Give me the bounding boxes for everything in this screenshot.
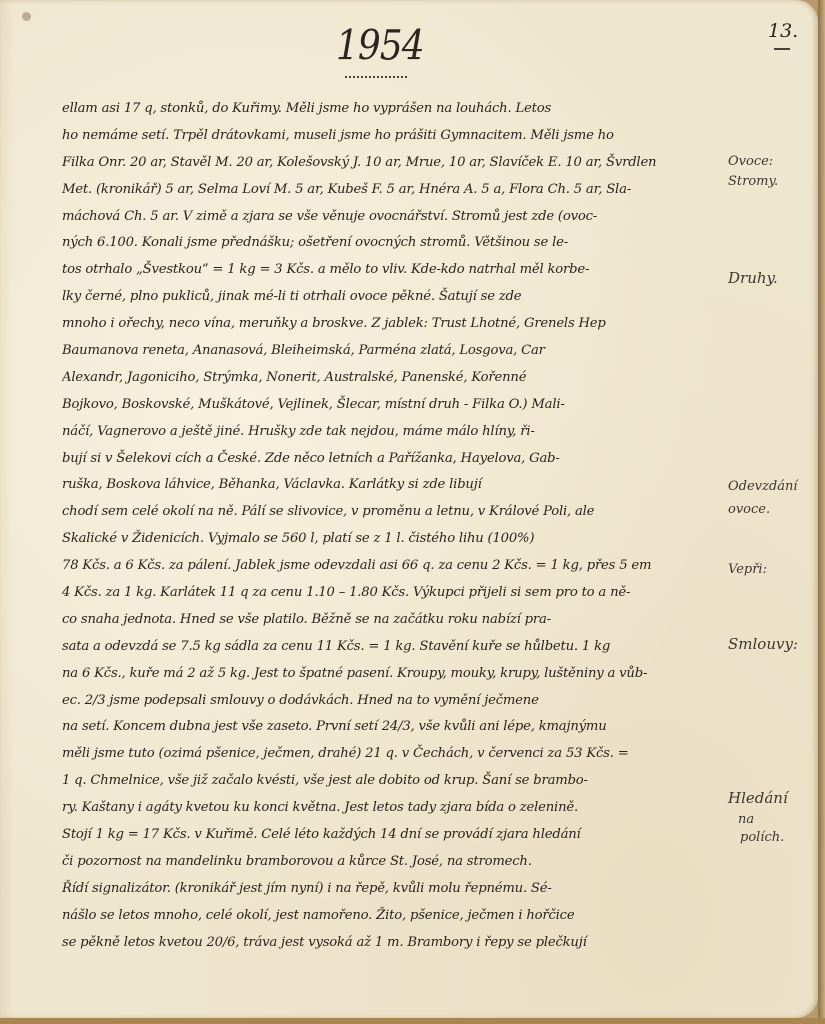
handwritten-body: ellam asi 17 q, stonků, do Kuřimy. Měli … (62, 96, 722, 957)
margin-note-polich: polích. (740, 828, 784, 848)
page-number: 13. (768, 20, 798, 42)
text-line: 1 q. Chmelnice, vše již začalo kvésti, v… (62, 768, 722, 795)
text-line: se pěkně letos kvetou 20/6, tráva jest v… (62, 930, 722, 957)
text-line: bují si v Šelekovi cích a České. Zde něc… (62, 446, 722, 473)
margin-note-odevzdani: Odevzdání (728, 477, 797, 497)
text-line: na 6 Kčs., kuře má 2 až 5 kg. Jest to šp… (62, 661, 722, 688)
book-edge (818, 0, 825, 1024)
text-line: chodí sem celé okolí na ně. Pálí se sliv… (62, 499, 722, 526)
page-number-underline (774, 46, 790, 50)
margin-note-stromy: Stromy. (728, 172, 778, 192)
text-line: Met. (kronikář) 5 ar, Selma Loví M. 5 ar… (62, 177, 722, 204)
text-line: sata a odevzdá se 7.5 kg sádla za cenu 1… (62, 634, 722, 661)
text-line: Stojí 1 kg = 17 Kčs. v Kuřimě. Celé léto… (62, 822, 722, 849)
text-line: či pozornost na mandelinku bramborovou a… (62, 849, 722, 876)
text-line: nášlo se letos mnoho, celé okolí, jest n… (62, 903, 722, 930)
text-line: ruška, Boskova láhvice, Běhanka, Václavk… (62, 472, 722, 499)
text-line: Řídí signalizátor. (kronikář jest jím ny… (62, 876, 722, 903)
margin-note-ovoce: Ovoce: (728, 152, 773, 172)
margin-note-hledani: Hledání (728, 788, 788, 808)
text-line: co snaha jednota. Hned se vše platilo. B… (62, 607, 722, 634)
margin-note-na: na (738, 810, 754, 830)
text-line: ellam asi 17 q, stonků, do Kuřimy. Měli … (62, 96, 722, 123)
text-line: tos otrhalo „Švestkou“ = 1 kg = 3 Kčs. a… (62, 257, 722, 284)
year-heading: 1954 (336, 23, 424, 70)
text-line: ných 6.100. Konali jsme přednášku; ošetř… (62, 230, 722, 257)
text-line: mnoho i ořechy, neco vína, meruňky a bro… (62, 311, 722, 338)
text-line: Skalické v Židenicích. Vyjmalo se 560 l,… (62, 526, 722, 553)
text-line: na setí. Koncem dubna jest vše zaseto. P… (62, 714, 722, 741)
text-line: měli jsme tuto (ozimá pšenice, ječmen, d… (62, 741, 722, 768)
text-line: 78 Kčs. a 6 Kčs. za pálení. Jablek jsme … (62, 553, 722, 580)
ink-spot (22, 12, 31, 21)
margin-note-druhy: Druhy. (728, 268, 778, 288)
margin-note-vepri: Vepři: (728, 560, 767, 580)
text-line: Filka Onr. 20 ar, Stavěl M. 20 ar, Koleš… (62, 150, 722, 177)
text-line: ec. 2/3 jsme podepsali smlouvy o dodávká… (62, 688, 722, 715)
book-bottom-edge (0, 1018, 825, 1024)
text-line: náčí, Vagnerovo a ještě jiné. Hrušky zde… (62, 419, 722, 446)
text-line: Baumanova reneta, Ananasová, Bleiheimská… (62, 338, 722, 365)
manuscript-page: 1954 13. ellam asi 17 q, stonků, do Kuři… (0, 0, 818, 1018)
margin-note-ovoce-2: ovoce. (728, 500, 770, 520)
text-line: Alexandr, Jagoniciho, Strýmka, Nonerit, … (62, 365, 722, 392)
margin-note-smlouvy: Smlouvy: (728, 634, 798, 654)
text-line: lky černé, plno pukliců, jinak mé-li ti … (62, 284, 722, 311)
text-line: ry. Kaštany i agáty kvetou ku konci květ… (62, 795, 722, 822)
text-line: ho nemáme setí. Trpěl drátovkami, museli… (62, 123, 722, 150)
text-line: Bojkovo, Boskovské, Muškátové, Vejlinek,… (62, 392, 722, 419)
year-heading-underline (345, 74, 407, 78)
text-line: 4 Kčs. za 1 kg. Karlátek 11 q za cenu 1.… (62, 580, 722, 607)
text-line: máchová Ch. 5 ar. V zimě a zjara se vše … (62, 204, 722, 231)
